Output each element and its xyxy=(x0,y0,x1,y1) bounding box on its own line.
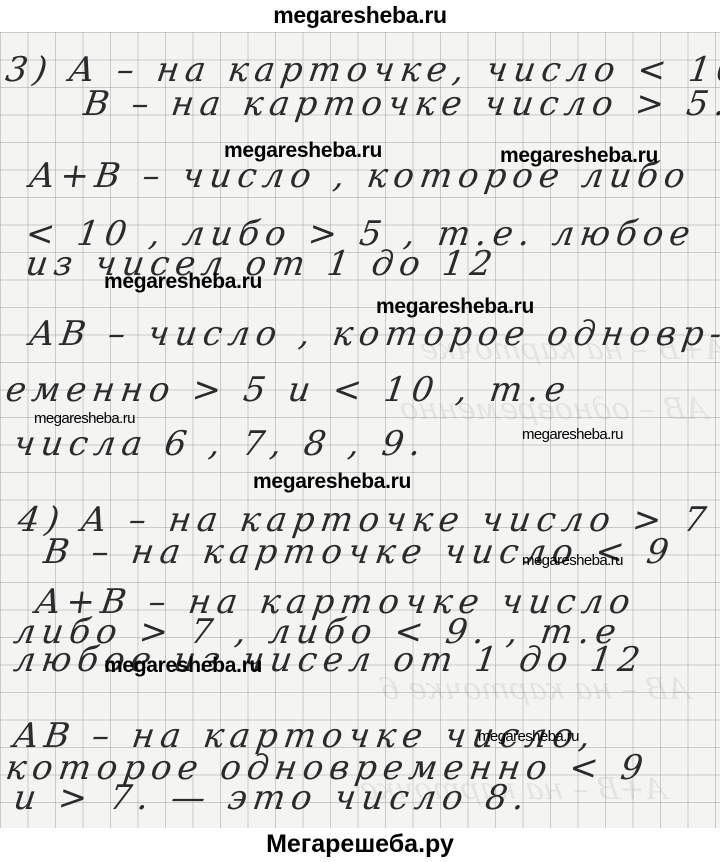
watermark: megaresheba.ru xyxy=(253,470,411,494)
part3-line-8: числа 6 , 7, 8 , 9. xyxy=(11,424,429,464)
watermark: megaresheba.ru xyxy=(104,270,262,294)
part3-line-6: AB – число , которое одновр- xyxy=(27,314,720,354)
watermark: megaresheba.ru xyxy=(478,728,579,745)
graph-paper-page: A+B – на карточке AB – одновременно AB –… xyxy=(0,32,720,828)
site-header: megaresheba.ru xyxy=(0,0,720,32)
part3-line-2: B – на карточке число > 5. xyxy=(81,84,720,124)
watermark: megaresheba.ru xyxy=(104,654,262,678)
watermark: megaresheba.ru xyxy=(224,139,382,163)
watermark: megaresheba.ru xyxy=(500,144,658,168)
watermark: megaresheba.ru xyxy=(522,426,623,443)
part4-line-8: и > 7. — это число 8. xyxy=(11,778,533,818)
watermark: megaresheba.ru xyxy=(376,295,534,319)
watermark: megaresheba.ru xyxy=(522,552,623,569)
part3-line-7: еменно > 5 и < 10 , т.е xyxy=(3,370,574,410)
site-footer: Мегарешеба.ру xyxy=(0,828,720,862)
watermark: megaresheba.ru xyxy=(34,410,135,427)
